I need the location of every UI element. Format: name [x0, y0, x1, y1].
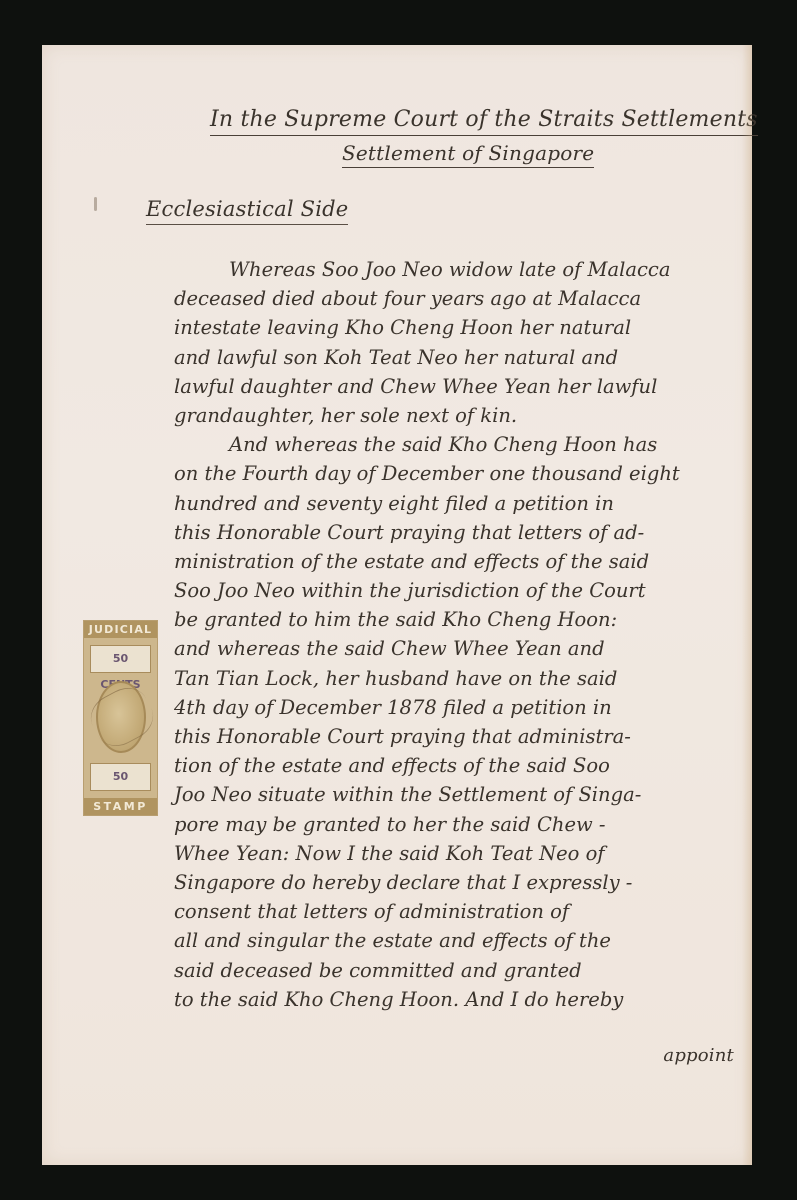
- catchword: appoint: [663, 1045, 734, 1066]
- body-line: consent that letters of administration o…: [174, 897, 749, 926]
- body-line: be granted to him the said Kho Cheng Hoo…: [174, 605, 749, 634]
- body-line: grandaughter, her sole next of kin.: [174, 401, 749, 430]
- stamp-top-label: JUDICIAL: [84, 621, 157, 638]
- body-line: Joo Neo situate within the Settlement of…: [174, 780, 749, 809]
- margin-mark: [94, 197, 97, 211]
- body-line: ministration of the estate and effects o…: [174, 547, 749, 576]
- document-page: In the Supreme Court of the Straits Sett…: [42, 45, 752, 1165]
- stamp-value-bottom: 50 CENTS: [90, 763, 151, 791]
- body-line: Whereas Soo Joo Neo widow late of Malacc…: [174, 255, 749, 284]
- body-line: Singapore do hereby declare that I expre…: [174, 868, 749, 897]
- body-line: all and singular the estate and effects …: [174, 926, 749, 955]
- body-line: Soo Joo Neo within the jurisdiction of t…: [174, 576, 749, 605]
- document-body: Whereas Soo Joo Neo widow late of Malacc…: [174, 255, 749, 1014]
- settlement-heading: Settlement of Singapore: [342, 141, 594, 168]
- court-heading: In the Supreme Court of the Straits Sett…: [210, 107, 758, 136]
- ecclesiastical-side-heading: Ecclesiastical Side: [146, 197, 348, 225]
- body-line: on the Fourth day of December one thousa…: [174, 459, 749, 488]
- judicial-stamp: JUDICIAL 50 CENTS 50 CENTS STAMP: [83, 620, 158, 816]
- body-line: Whee Yean: Now I the said Koh Teat Neo o…: [174, 839, 749, 868]
- cancellation-mark-icon: [83, 680, 160, 754]
- body-line: and lawful son Koh Teat Neo her natural …: [174, 343, 749, 372]
- body-line: this Honorable Court praying that letter…: [174, 518, 749, 547]
- body-line: pore may be granted to her the said Chew…: [174, 810, 749, 839]
- body-line: And whereas the said Kho Cheng Hoon has: [174, 430, 749, 459]
- body-line: Tan Tian Lock, her husband have on the s…: [174, 664, 749, 693]
- body-line: deceased died about four years ago at Ma…: [174, 284, 749, 313]
- body-line: and whereas the said Chew Whee Yean and: [174, 634, 749, 663]
- body-line: to the said Kho Cheng Hoon. And I do her…: [174, 985, 749, 1014]
- stamp-value-top: 50 CENTS: [90, 645, 151, 673]
- body-line: hundred and seventy eight filed a petiti…: [174, 489, 749, 518]
- stamp-bottom-label: STAMP: [84, 798, 157, 815]
- body-line: intestate leaving Kho Cheng Hoon her nat…: [174, 313, 749, 342]
- body-line: this Honorable Court praying that admini…: [174, 722, 749, 751]
- body-line: lawful daughter and Chew Whee Yean her l…: [174, 372, 749, 401]
- body-line: tion of the estate and effects of the sa…: [174, 751, 749, 780]
- body-line: 4th day of December 1878 filed a petitio…: [174, 693, 749, 722]
- body-line: said deceased be committed and granted: [174, 956, 749, 985]
